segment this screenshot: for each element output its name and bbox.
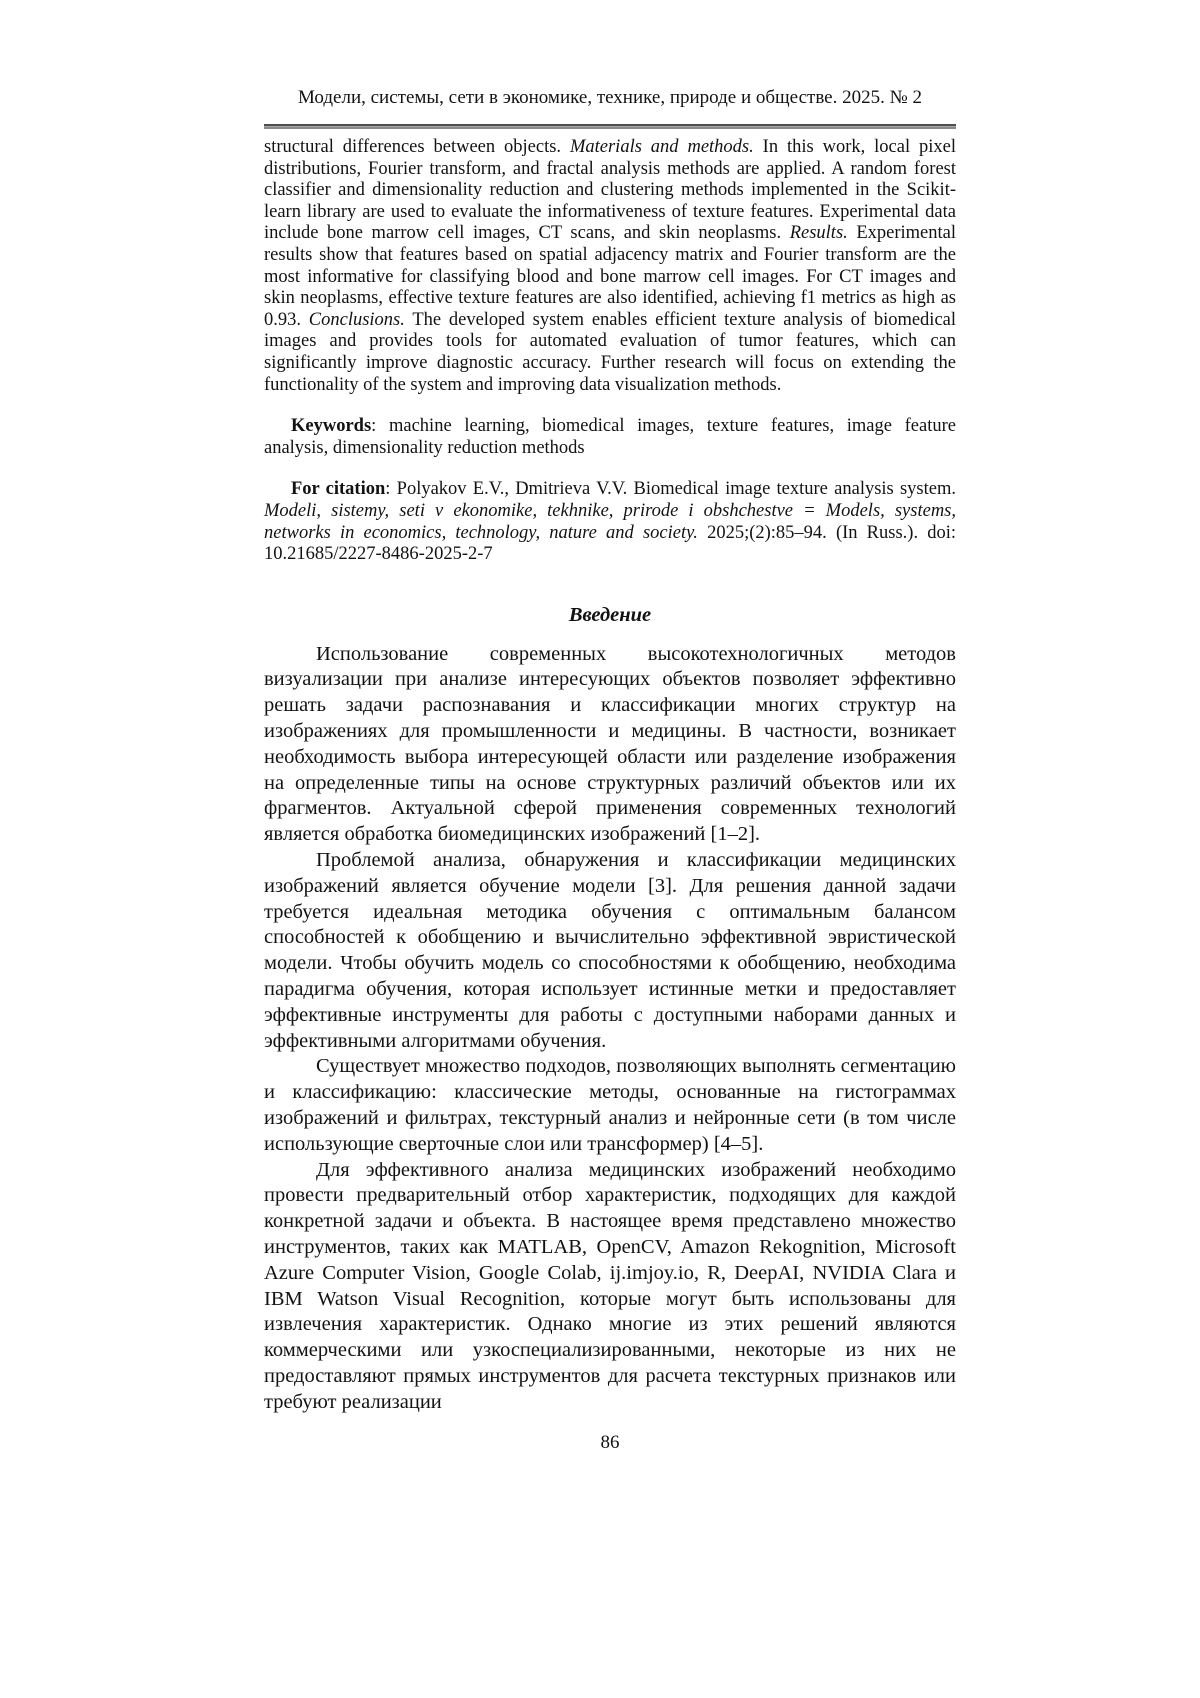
header-rule-divider (264, 124, 956, 129)
introduction-paragraph-1: Использование современных высокотехнолог… (264, 642, 956, 848)
abstract-continuation-paragraph: structural differences between objects. … (264, 137, 956, 396)
introduction-paragraph-2: Проблемой анализа, обнаружения и классиф… (264, 848, 956, 1054)
introduction-body: Использование современных высокотехнолог… (264, 642, 956, 1416)
journal-page: Модели, системы, сети в экономике, техни… (0, 0, 1200, 1698)
introduction-section-heading: Введение (264, 602, 956, 628)
page-number: 86 (264, 1432, 956, 1454)
for-citation-paragraph: For citation: Polyakov E.V., Dmitrieva V… (264, 479, 956, 565)
introduction-paragraph-3: Существует множество подходов, позволяющ… (264, 1054, 956, 1157)
introduction-paragraph-4: Для эффективного анализа медицинских изо… (264, 1158, 956, 1416)
running-header: Модели, системы, сети в экономике, техни… (264, 86, 956, 124)
keywords-paragraph: Keywords: machine learning, biomedical i… (264, 416, 956, 459)
page-content: Модели, системы, сети в экономике, техни… (264, 86, 956, 1454)
